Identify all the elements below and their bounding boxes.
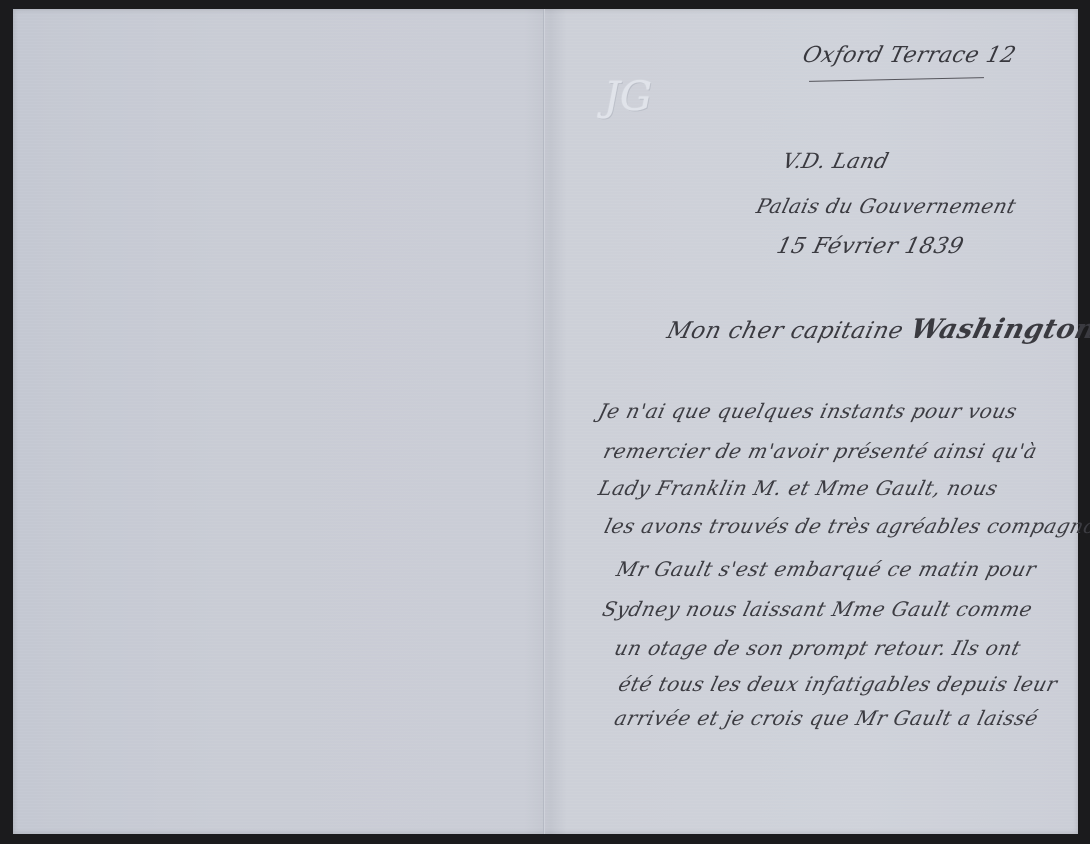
- salutation: Mon cher capitaine Washington: [664, 314, 1090, 345]
- body-line: arrivée et je crois que Mr Gault a laiss…: [612, 706, 1041, 730]
- embossed-monogram: JG: [604, 67, 644, 127]
- left-page-blank: [13, 9, 543, 834]
- body-line: un otage de son prompt retour. Ils ont: [612, 636, 1024, 660]
- body-line: été tous les deux infatigables depuis le…: [616, 672, 1060, 696]
- scanned-document: JG Oxford Terrace 12 V.D. Land Palais du…: [0, 0, 1090, 844]
- body-line: remercier de m'avoir présenté ainsi qu'à: [601, 439, 1040, 463]
- letter-date: 15 Février 1839: [774, 234, 966, 259]
- body-line: Sydney nous laissant Mme Gault comme: [600, 597, 1035, 621]
- body-line: Lady Franklin M. et Mme Gault, nous: [596, 476, 1001, 500]
- address-underline: [809, 77, 984, 82]
- address-header: Oxford Terrace 12: [800, 43, 1019, 68]
- body-line: les avons trouvés de très agréables comp…: [602, 514, 1090, 538]
- place-line-1: V.D. Land: [780, 149, 892, 173]
- place-line-2: Palais du Gouvernement: [754, 194, 1019, 218]
- right-page: JG Oxford Terrace 12 V.D. Land Palais du…: [544, 9, 1078, 834]
- body-line: Mr Gault s'est embarqué ce matin pour: [614, 557, 1039, 581]
- salutation-name: Washington: [907, 314, 1090, 345]
- body-line: Je n'ai que quelques instants pour vous: [596, 399, 1020, 423]
- salutation-prefix: Mon cher capitaine: [664, 318, 906, 344]
- letter-sheet: JG Oxford Terrace 12 V.D. Land Palais du…: [13, 9, 1078, 834]
